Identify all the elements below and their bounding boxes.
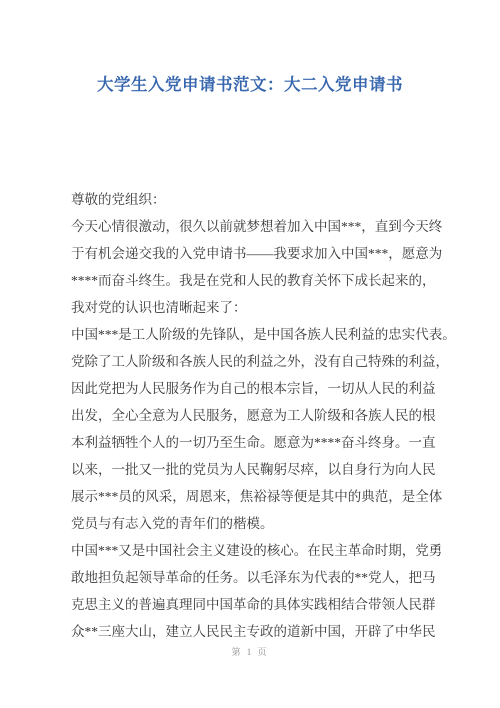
text-line: 党员与有志入党的青年们的楷模。 (71, 510, 451, 537)
document-body: 尊敬的党组织：今天心情很激动，很久以前就梦想着加入中国***，直到今天终于有机会… (71, 186, 451, 645)
page-number: 第 1 页 (0, 645, 500, 658)
text-line: 出发，全心全意为人民服务，愿意为工人阶级和各族人民的根 (71, 402, 451, 429)
text-line: 党除了工人阶级和各族人民的利益之外，没有自己特殊的利益， (71, 348, 451, 375)
text-line: 中国***是工人阶级的先锋队，是中国各族人民利益的忠实代表。 (71, 321, 451, 348)
text-line: 本利益牺牲个人的一切乃至生命。愿意为****奋斗终身。一直 (71, 429, 451, 456)
text-line: 敢地担负起领导革命的任务。以毛泽东为代表的**党人，把马 (71, 564, 451, 591)
document-title: 大学生入党申请书范文：大二入党申请书 (0, 71, 500, 95)
text-line: 今天心情很激动，很久以前就梦想着加入中国***，直到今天终 (71, 213, 451, 240)
document-page: 大学生入党申请书范文：大二入党申请书 尊敬的党组织：今天心情很激动，很久以前就梦… (0, 0, 500, 708)
text-line: 我对党的认识也清晰起来了： (71, 294, 451, 321)
text-line: 众**三座大山，建立人民民主专政的道新中国，开辟了中华民 (71, 618, 451, 645)
text-line: 克思主义的普遍真理同中国革命的具体实践相结合带领人民群 (71, 591, 451, 618)
text-line: 展示***员的风采，周恩来，焦裕禄等便是其中的典范，是全体 (71, 483, 451, 510)
text-line: 因此党把为人民服务作为自己的根本宗旨，一切从人民的利益 (71, 375, 451, 402)
text-line: 尊敬的党组织： (71, 186, 451, 213)
text-line: ****而奋斗终生。我是在党和人民的教育关怀下成长起来的， (71, 267, 451, 294)
text-line: 以来，一批又一批的党员为人民鞠躬尽瘁，以自身行为向人民 (71, 456, 451, 483)
text-line: 于有机会递交我的入党申请书——我要求加入中国***，愿意为 (71, 240, 451, 267)
text-line: 中国***又是中国社会主义建设的核心。在民主革命时期，党勇 (71, 537, 451, 564)
